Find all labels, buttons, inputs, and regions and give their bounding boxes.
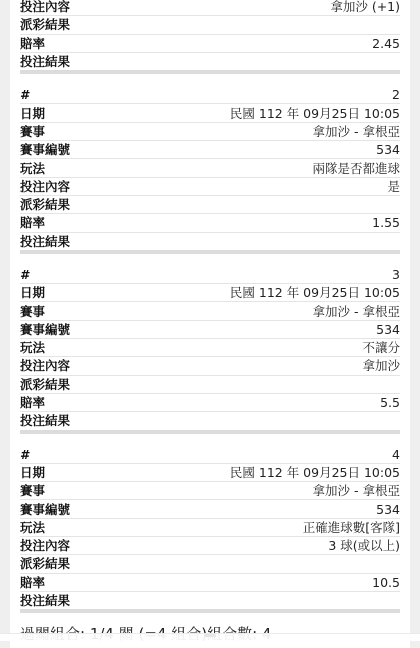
row-label: 日期	[20, 284, 45, 301]
row-bet-content: 投注內容 拿加沙	[20, 357, 400, 375]
row-value: 不讓分	[362, 339, 400, 356]
row-value: 拿加沙 - 拿根亞	[313, 482, 400, 499]
bet-section-4: # 4 日期 民國 112 年 09月25日 10:05 賽事 拿加沙 - 拿根…	[20, 446, 400, 614]
row-index: # 4	[20, 446, 400, 464]
row-value: 3 球(或以上)	[328, 537, 400, 554]
row-bet-type: 玩法 正確進球數[客隊]	[20, 519, 400, 537]
row-value: 是	[387, 178, 400, 195]
row-odds: 賠率 2.45	[20, 35, 400, 53]
row-value: 拿加沙 - 拿根亞	[313, 123, 400, 140]
row-payout-result: 派彩結果	[20, 555, 400, 573]
row-match-id: 賽事編號 534	[20, 500, 400, 518]
row-label: 賽事編號	[20, 501, 70, 518]
home-indicator-icon	[204, 634, 216, 637]
row-label: 賽事	[20, 482, 45, 499]
row-match: 賽事 拿加沙 - 拿根亞	[20, 123, 400, 141]
row-label: 派彩結果	[20, 376, 70, 393]
row-label: 投注結果	[20, 233, 70, 250]
row-value: 拿加沙 (+1)	[330, 0, 400, 15]
row-value: 民國 112 年 09月25日 10:05	[230, 464, 400, 481]
row-odds: 賠率 10.5	[20, 574, 400, 592]
row-label: 投注結果	[20, 53, 70, 70]
bet-section-1: 投注內容 拿加沙 (+1) 派彩結果 賠率 2.45 投注結果	[20, 0, 400, 74]
row-odds: 賠率 5.5	[20, 394, 400, 412]
row-label: 投注結果	[20, 412, 70, 429]
row-value: 2.45	[372, 35, 400, 52]
row-label: 投注內容	[20, 0, 70, 15]
row-label: 賠率	[20, 574, 45, 591]
row-value: 拿加沙	[362, 357, 400, 374]
row-label: 賽事	[20, 123, 45, 140]
row-date: 日期 民國 112 年 09月25日 10:05	[20, 284, 400, 302]
row-value: 拿加沙 - 拿根亞	[313, 303, 400, 320]
row-value: 2	[392, 86, 400, 103]
row-bet-content: 投注內容 是	[20, 178, 400, 196]
row-label: 賽事	[20, 303, 45, 320]
row-label: 玩法	[20, 339, 45, 356]
row-label: 投注內容	[20, 178, 70, 195]
row-match-id: 賽事編號 534	[20, 141, 400, 159]
row-label: #	[20, 446, 29, 463]
row-label: 賽事編號	[20, 321, 70, 338]
row-label: 日期	[20, 105, 45, 122]
row-label: 賠率	[20, 35, 45, 52]
row-bet-result: 投注結果	[20, 412, 400, 433]
row-value: 534	[376, 141, 400, 158]
row-match: 賽事 拿加沙 - 拿根亞	[20, 302, 400, 320]
row-bet-result: 投注結果	[20, 592, 400, 613]
row-match-id: 賽事編號 534	[20, 321, 400, 339]
row-label: 投注內容	[20, 357, 70, 374]
row-value: 5.5	[380, 394, 400, 411]
row-bet-result: 投注結果	[20, 233, 400, 254]
row-value: 正確進球數[客隊]	[303, 519, 400, 536]
row-payout-result: 派彩結果	[20, 196, 400, 214]
row-value: 民國 112 年 09月25日 10:05	[230, 105, 400, 122]
row-label: 玩法	[20, 160, 45, 177]
row-value: 3	[392, 266, 400, 283]
row-label: 賽事編號	[20, 141, 70, 158]
bet-section-3: # 3 日期 民國 112 年 09月25日 10:05 賽事 拿加沙 - 拿根…	[20, 266, 400, 434]
bet-section-2: # 2 日期 民國 112 年 09月25日 10:05 賽事 拿加沙 - 拿根…	[20, 86, 400, 254]
row-label: 日期	[20, 464, 45, 481]
row-label: 賠率	[20, 394, 45, 411]
section-gap	[20, 74, 400, 86]
row-label: #	[20, 86, 29, 103]
row-label: 投注內容	[20, 537, 70, 554]
row-label: 投注結果	[20, 592, 70, 609]
row-payout-result: 派彩結果	[20, 376, 400, 394]
row-label: 玩法	[20, 519, 45, 536]
section-gap	[20, 254, 400, 266]
row-label: 派彩結果	[20, 196, 70, 213]
row-date: 日期 民國 112 年 09月25日 10:05	[20, 464, 400, 482]
row-value: 534	[376, 321, 400, 338]
row-label: 派彩結果	[20, 16, 70, 33]
row-label: 賠率	[20, 214, 45, 231]
bet-details-list: 投注內容 拿加沙 (+1) 派彩結果 賠率 2.45 投注結果 # 2 日期 民…	[20, 0, 400, 640]
row-payout-result: 派彩結果	[20, 16, 400, 34]
row-value: 兩隊是否都進球	[312, 160, 400, 177]
row-label: 派彩結果	[20, 555, 70, 572]
row-value: 10.5	[372, 574, 400, 591]
row-index: # 3	[20, 266, 400, 284]
row-value: 4	[392, 446, 400, 463]
row-bet-result: 投注結果	[20, 53, 400, 74]
row-value: 民國 112 年 09月25日 10:05	[230, 284, 400, 301]
row-bet-content: 投注內容 3 球(或以上)	[20, 537, 400, 555]
row-index: # 2	[20, 86, 400, 104]
row-value: 1.55	[372, 214, 400, 231]
row-date: 日期 民國 112 年 09月25日 10:05	[20, 104, 400, 122]
row-label: #	[20, 266, 29, 283]
section-gap	[20, 434, 400, 446]
row-bet-content: 投注內容 拿加沙 (+1)	[20, 0, 400, 16]
row-match: 賽事 拿加沙 - 拿根亞	[20, 482, 400, 500]
row-bet-type: 玩法 兩隊是否都進球	[20, 159, 400, 177]
row-value: 534	[376, 501, 400, 518]
row-odds: 賠率 1.55	[20, 214, 400, 232]
row-bet-type: 玩法 不讓分	[20, 339, 400, 357]
